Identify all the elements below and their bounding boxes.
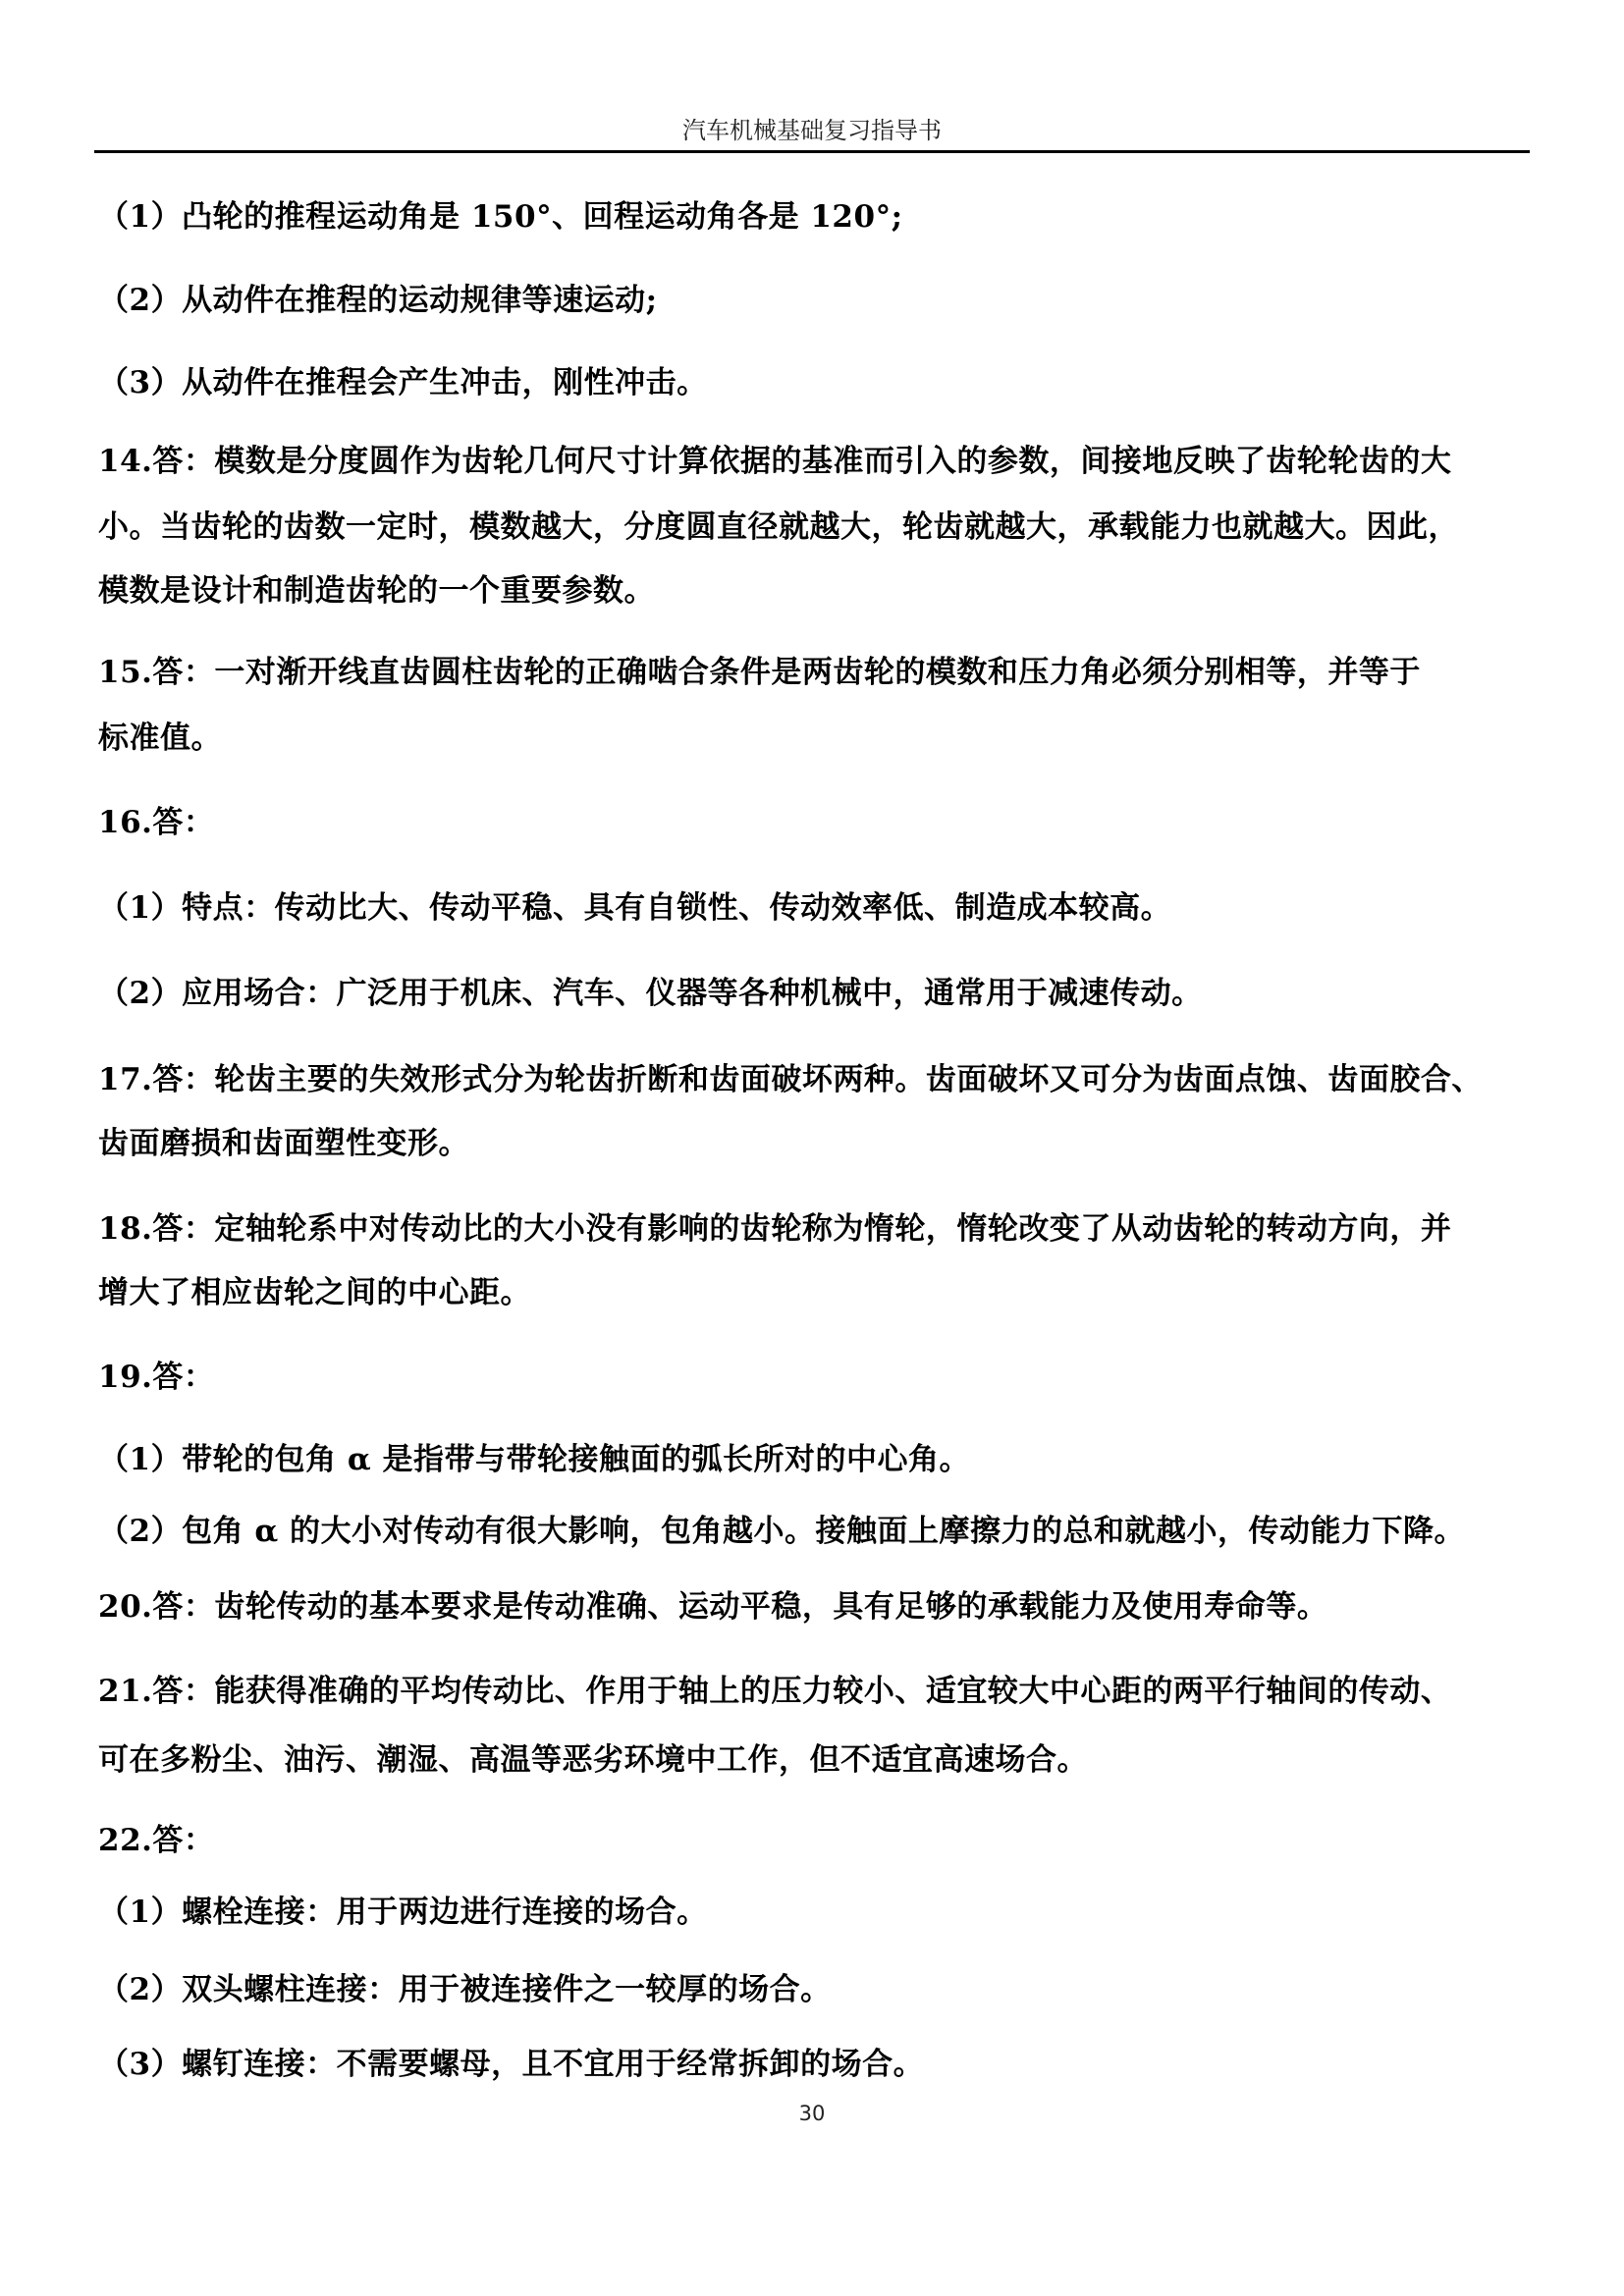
running-header: 汽车机械基础复习指导书 bbox=[94, 115, 1530, 146]
answer-21-line-1: 21.答：能获得准确的平均传动比、作用于轴上的压力较小、适宜较大中心距的两平行轴… bbox=[98, 1672, 1534, 1711]
answer-19-item-2: （2）包角 α 的大小对传动有很大影响，包角越小。接触面上摩擦力的总和就越小，传… bbox=[98, 1512, 1534, 1551]
answer-22-heading: 22.答： bbox=[98, 1821, 1534, 1860]
header-rule bbox=[94, 150, 1530, 153]
answer-18-line-1: 18.答：定轴轮系中对传动比的大小没有影响的齿轮称为惰轮，惰轮改变了从动齿轮的转… bbox=[98, 1209, 1534, 1249]
answer-13-item-1: （1）凸轮的推程运动角是 150°、回程运动角各是 120°; bbox=[98, 197, 1534, 237]
answer-16-item-1: （1）特点：传动比大、传动平稳、具有自锁性、传动效率低、制造成本较高。 bbox=[98, 888, 1534, 928]
page-number: 30 bbox=[94, 2102, 1530, 2125]
answer-15-line-2: 标准值。 bbox=[98, 719, 1534, 758]
answer-22-item-1: （1）螺栓连接：用于两边进行连接的场合。 bbox=[98, 1893, 1534, 1932]
document-page: 汽车机械基础复习指导书 （1）凸轮的推程运动角是 150°、回程运动角各是 12… bbox=[0, 0, 1624, 2296]
answer-22-item-3: （3）螺钉连接：不需要螺母，且不宜用于经常拆卸的场合。 bbox=[98, 2045, 1534, 2084]
answer-13-item-3: （3）从动件在推程会产生冲击，刚性冲击。 bbox=[98, 363, 1534, 402]
answer-15-line-1: 15.答：一对渐开线直齿圆柱齿轮的正确啮合条件是两齿轮的模数和压力角必须分别相等… bbox=[98, 653, 1534, 692]
answer-18-line-2: 增大了相应齿轮之间的中心距。 bbox=[98, 1273, 1534, 1312]
answer-16-heading: 16.答： bbox=[98, 803, 1534, 842]
answer-19-item-1: （1）带轮的包角 α 是指带与带轮接触面的弧长所对的中心角。 bbox=[98, 1440, 1534, 1479]
answer-17-line-1: 17.答：轮齿主要的失效形式分为轮齿折断和齿面破坏两种。齿面破坏又可分为齿面点蚀… bbox=[98, 1060, 1534, 1099]
answer-21-line-2: 可在多粉尘、油污、潮湿、高温等恶劣环境中工作，但不适宜高速场合。 bbox=[98, 1740, 1534, 1780]
answer-13-item-2: （2）从动件在推程的运动规律等速运动; bbox=[98, 281, 1534, 320]
answer-17-line-2: 齿面磨损和齿面塑性变形。 bbox=[98, 1124, 1534, 1163]
answer-22-item-2: （2）双头螺柱连接：用于被连接件之一较厚的场合。 bbox=[98, 1970, 1534, 2009]
answer-19-heading: 19.答： bbox=[98, 1358, 1534, 1397]
answer-14-line-3: 模数是设计和制造齿轮的一个重要参数。 bbox=[98, 571, 1534, 611]
answer-14-line-1: 14.答：模数是分度圆作为齿轮几何尺寸计算依据的基准而引入的参数，间接地反映了齿… bbox=[98, 442, 1534, 481]
answer-16-item-2: （2）应用场合：广泛用于机床、汽车、仪器等各种机械中，通常用于减速传动。 bbox=[98, 974, 1534, 1013]
answer-14-line-2: 小。当齿轮的齿数一定时，模数越大，分度圆直径就越大，轮齿就越大，承载能力也就越大… bbox=[98, 507, 1534, 547]
answer-20-line-1: 20.答：齿轮传动的基本要求是传动准确、运动平稳，具有足够的承载能力及使用寿命等… bbox=[98, 1587, 1534, 1627]
